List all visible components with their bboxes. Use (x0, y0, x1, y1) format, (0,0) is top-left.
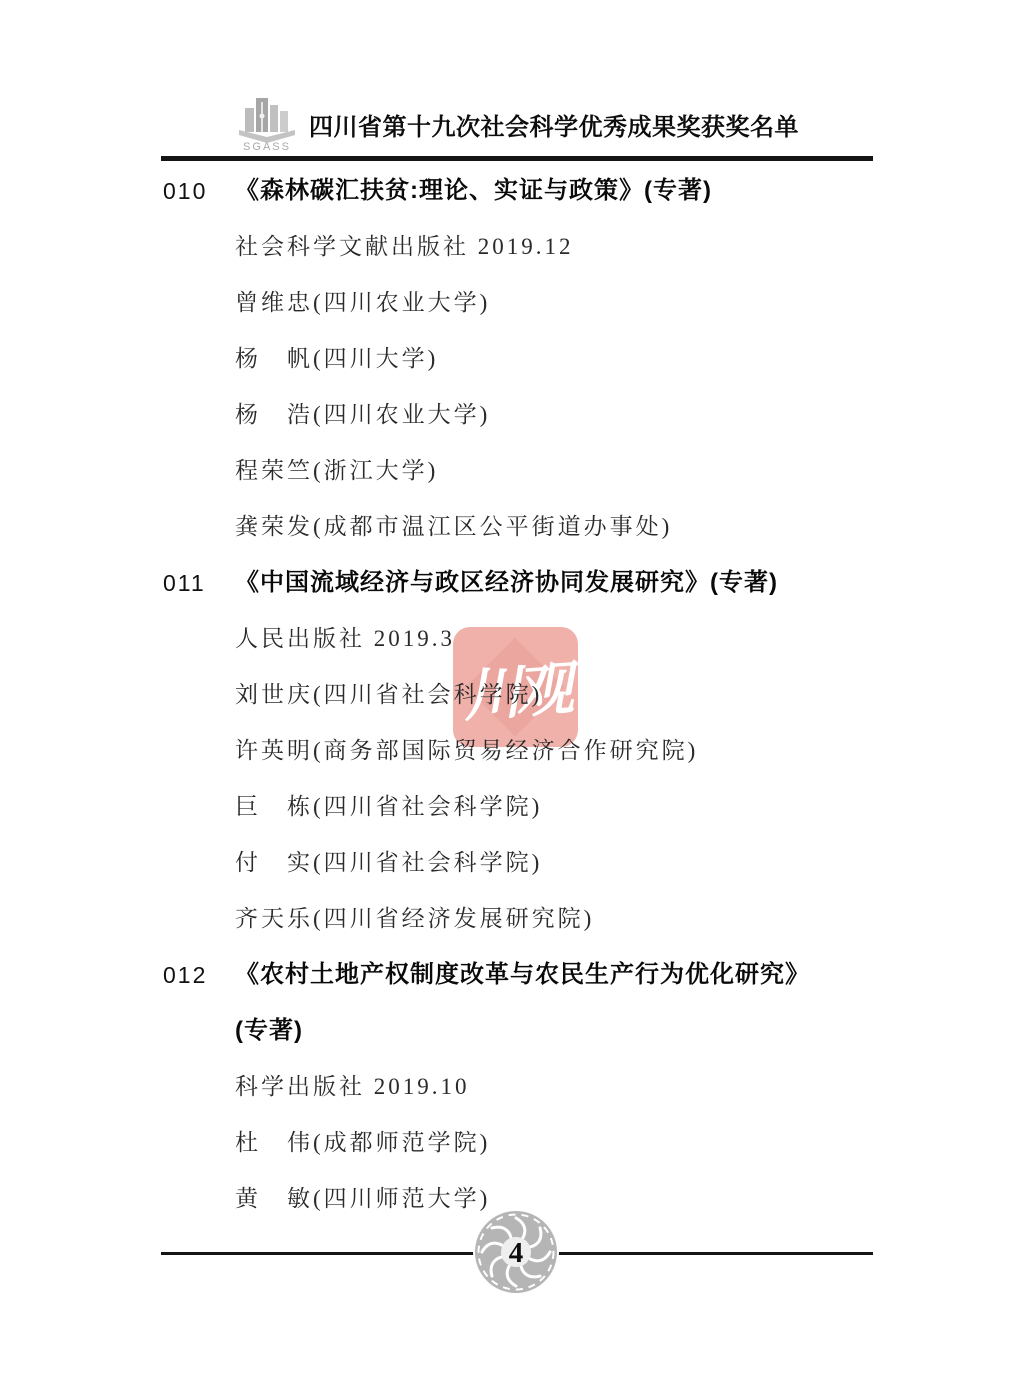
entry-title-continuation: (专著) (0, 1003, 1024, 1059)
entry-title: 《森林碳汇扶贫:理论、实证与政策》(专著) (235, 177, 712, 204)
page-number: 4 (509, 1237, 524, 1269)
logo-caption: SGASS (228, 141, 306, 153)
author-line: 杨 帆(四川大学) (0, 331, 1024, 387)
entry-number: 012 (163, 947, 207, 1003)
document-page: { "header": { "title": "四川省第十九次社会科学优秀成果奖… (0, 0, 1024, 1380)
entry-title-row: 011 《中国流域经济与政区经济协同发展研究》(专著) (0, 555, 1024, 611)
publisher-line: 社会科学文献出版社 2019.12 (0, 219, 1024, 275)
entry-title-row: 012 《农村土地产权制度改革与农民生产行为优化研究》 (0, 947, 1024, 1003)
author-line: 曾维忠(四川农业大学) (0, 275, 1024, 331)
entry-title: 《农村土地产权制度改革与农民生产行为优化研究》 (235, 961, 810, 988)
author-line: 付 实(四川省社会科学院) (0, 835, 1024, 891)
author-line: 龚荣发(成都市温江区公平街道办事处) (0, 499, 1024, 555)
author-line: 杨 浩(四川农业大学) (0, 387, 1024, 443)
entry-title: 《中国流域经济与政区经济协同发展研究》(专著) (235, 569, 778, 596)
page-ornament-icon: 4 (473, 1209, 559, 1295)
author-line: 巨 栋(四川省社会科学院) (0, 779, 1024, 835)
publisher-line: 人民出版社 2019.3 (0, 611, 1024, 667)
author-line: 程荣竺(浙江大学) (0, 443, 1024, 499)
award-list: 010 《森林碳汇扶贫:理论、实证与政策》(专著) 社会科学文献出版社 2019… (0, 163, 1024, 1227)
publisher-line: 科学出版社 2019.10 (0, 1059, 1024, 1115)
author-line: 刘世庆(四川省社会科学院) (0, 667, 1024, 723)
entry-number: 010 (163, 163, 207, 219)
sgass-logo-icon (231, 96, 303, 144)
author-line: 杜 伟(成都师范学院) (0, 1115, 1024, 1171)
author-line: 齐天乐(四川省经济发展研究院) (0, 891, 1024, 947)
page-title: 四川省第十九次社会科学优秀成果奖获奖名单 (309, 107, 799, 142)
author-line: 许英明(商务部国际贸易经济合作研究院) (0, 723, 1024, 779)
entry-title-row: 010 《森林碳汇扶贫:理论、实证与政策》(专著) (0, 163, 1024, 219)
header-divider (161, 156, 873, 161)
entry-number: 011 (163, 555, 206, 611)
